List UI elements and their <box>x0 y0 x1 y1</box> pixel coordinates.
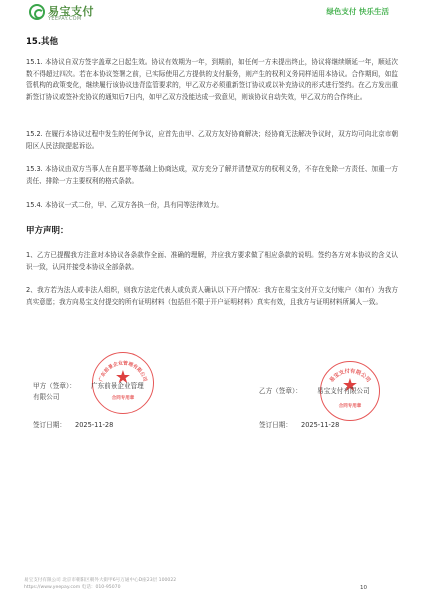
section-title: 15.其他 <box>26 35 58 47</box>
yeepay-logo-icon <box>29 4 45 20</box>
party-a-date: 2025-11-28 <box>75 420 113 432</box>
clause-15-3: 15.3. 本协议由双方当事人在自愿平等基础上协商达成，双方充分了解并清楚双方的… <box>26 164 398 187</box>
declaration-item-2: 2、我方若为法人或非法人组织，则我方法定代表人或负责人确认以下开户情况：我方在易… <box>26 285 398 308</box>
party-a-name: 广东前景企业管理 <box>91 381 144 393</box>
declaration-title: 甲方声明： <box>26 224 69 236</box>
party-b-name: 易宝支付有限公司 <box>317 386 370 398</box>
header-slogan: 绿色支付 快乐生活 <box>326 6 389 17</box>
party-b-label: 乙方（签章）： <box>259 386 302 398</box>
party-b-date-label: 签订日期： <box>259 420 292 432</box>
declaration-item-1: 1、乙方已提醒我方注意对本协议各条款作全面、准确的理解，并应我方要求做了相应条款… <box>26 250 398 273</box>
clause-15-4: 15.4. 本协议一式二份，甲、乙双方各执一份，具有同等法律效力。 <box>26 200 398 212</box>
page-number: 10 <box>360 585 367 591</box>
footer-contact: https://www.yeepay.com 电话：010-95070 <box>24 585 121 592</box>
party-b-seal-bottom-text: 合同专用章 <box>321 403 379 409</box>
party-a-seal-bottom-text: 合同专用章 <box>93 395 153 401</box>
party-b-date: 2025-11-28 <box>301 420 339 432</box>
clause-15-2: 15.2. 在履行本协议过程中发生的任何争议，应首先由甲、乙双方友好协商解决；经… <box>26 129 398 152</box>
party-a-date-label: 签订日期： <box>33 420 66 432</box>
clause-15-1: 15.1. 本协议自双方签字盖章之日起生效。协议有效期为一年，到期前，如任何一方… <box>26 57 398 103</box>
footer-address: 易宝支付有限公司 北京市朝阳区朝外大街甲6号万通中心D座23层 100022 <box>24 578 176 585</box>
yeepay-logo: 易宝支付 YEEPAY.COM <box>29 3 99 25</box>
page-header: 易宝支付 YEEPAY.COM 绿色支付 快乐生活 <box>0 0 422 28</box>
party-a-name-line2: 有限公司 <box>33 392 59 404</box>
logo-text-en: YEEPAY.COM <box>48 16 81 22</box>
party-a-label: 甲方（签章）： <box>33 381 76 393</box>
